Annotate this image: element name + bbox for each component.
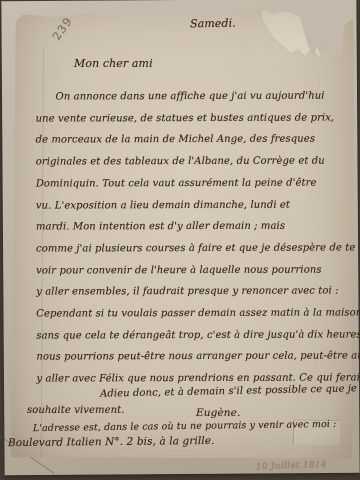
body-line: sans que cela te dérangeât trop, c'est à… bbox=[36, 324, 356, 347]
body-line: vu. L'exposition a lieu demain dimanche,… bbox=[36, 194, 356, 217]
letter-salutation: Mon cher ami bbox=[74, 57, 153, 70]
letter-signature: Eugène. bbox=[196, 407, 240, 419]
photographed-letter-scan: { "letter": { "header_day": "Samedi.", "… bbox=[0, 0, 360, 480]
body-line: de morceaux de la main de Michel Ange, d… bbox=[36, 129, 356, 152]
body-line: y aller ensembles, il faudrait presque y… bbox=[36, 281, 356, 304]
body-line: comme j'ai plusieurs courses à faire et … bbox=[36, 237, 356, 260]
letter-day-heading: Samedi. bbox=[190, 17, 236, 31]
letter-body: On annonce dans une affiche que j'ai vu … bbox=[35, 85, 356, 390]
postscript-address: Boulevard Italien N°. 2 bis, à la grille… bbox=[8, 435, 215, 449]
body-line: On annonce dans une affiche que j'ai vu … bbox=[35, 85, 355, 108]
letter-signoff: souhaite vivement. bbox=[27, 405, 125, 416]
body-line: une vente curieuse, de statues et bustes… bbox=[36, 107, 356, 130]
body-line: voir pour convenir de l'heure à laquelle… bbox=[36, 259, 356, 282]
body-line: Dominiquin. Tout cela vaut assurément la… bbox=[36, 172, 356, 195]
body-line: mardi. Mon intention est d'y aller demai… bbox=[36, 216, 356, 239]
body-line: originales et des tableaux de l'Albane, … bbox=[36, 151, 356, 174]
body-line: Cependant si tu voulais passer demain as… bbox=[36, 302, 356, 325]
body-line: nous pourrions peut-être nous arranger p… bbox=[36, 346, 356, 369]
